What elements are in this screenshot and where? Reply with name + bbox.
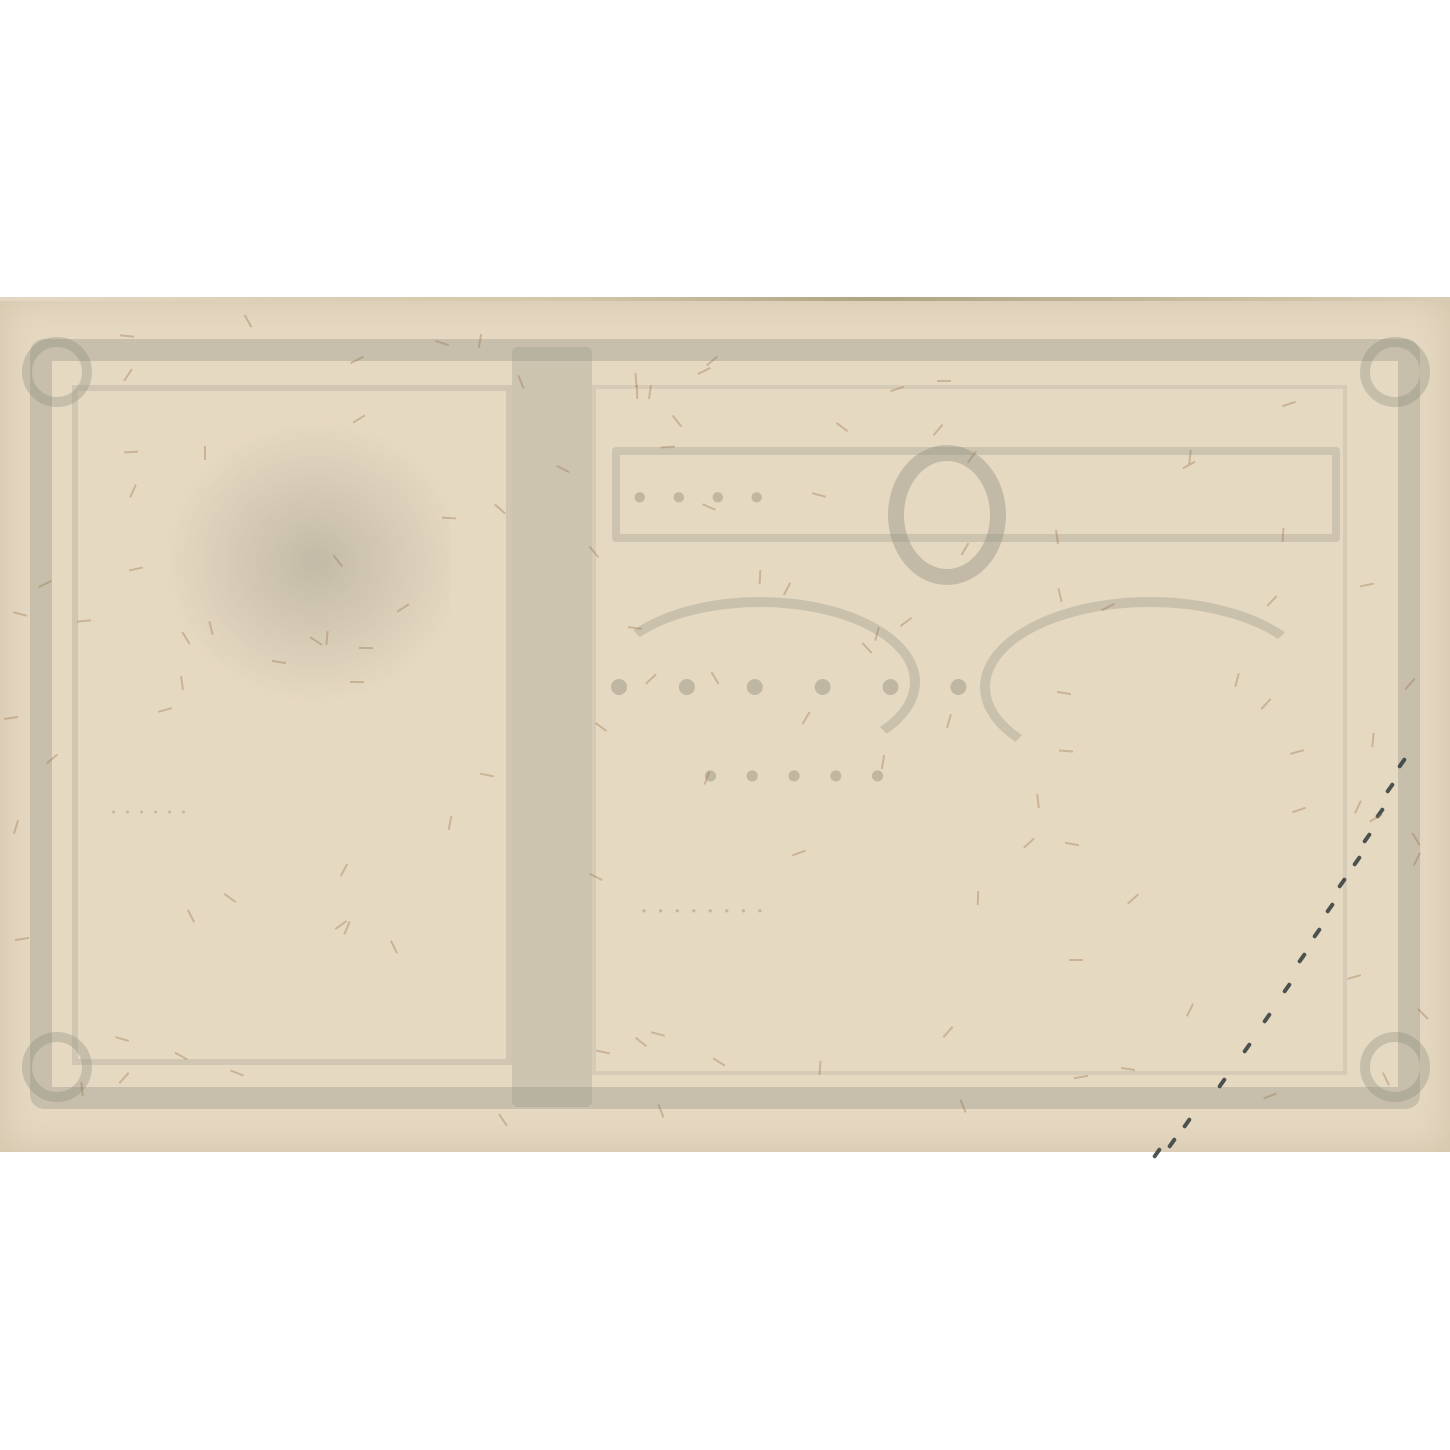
- left-text-block: · · · · · ·: [110, 797, 187, 831]
- denomination-oval: [888, 445, 1006, 585]
- denomination-ghost-text: · · · ·: [630, 465, 766, 531]
- pen-ink-marks: [1150, 737, 1430, 1157]
- banknote-paper: · · · · · · · · · · · · · · · · · · · · …: [0, 297, 1450, 1152]
- subtitle-ghost-text: · · · · ·: [700, 742, 888, 812]
- corner-rosette: [1360, 337, 1430, 407]
- plant-illustration: [150, 407, 450, 717]
- title-ghost-text: · · · · · ·: [600, 637, 973, 738]
- paper-edge: [0, 297, 1450, 301]
- small-print-ghost-text: · · · · · · · ·: [640, 897, 764, 927]
- vertical-divider: [512, 347, 592, 1107]
